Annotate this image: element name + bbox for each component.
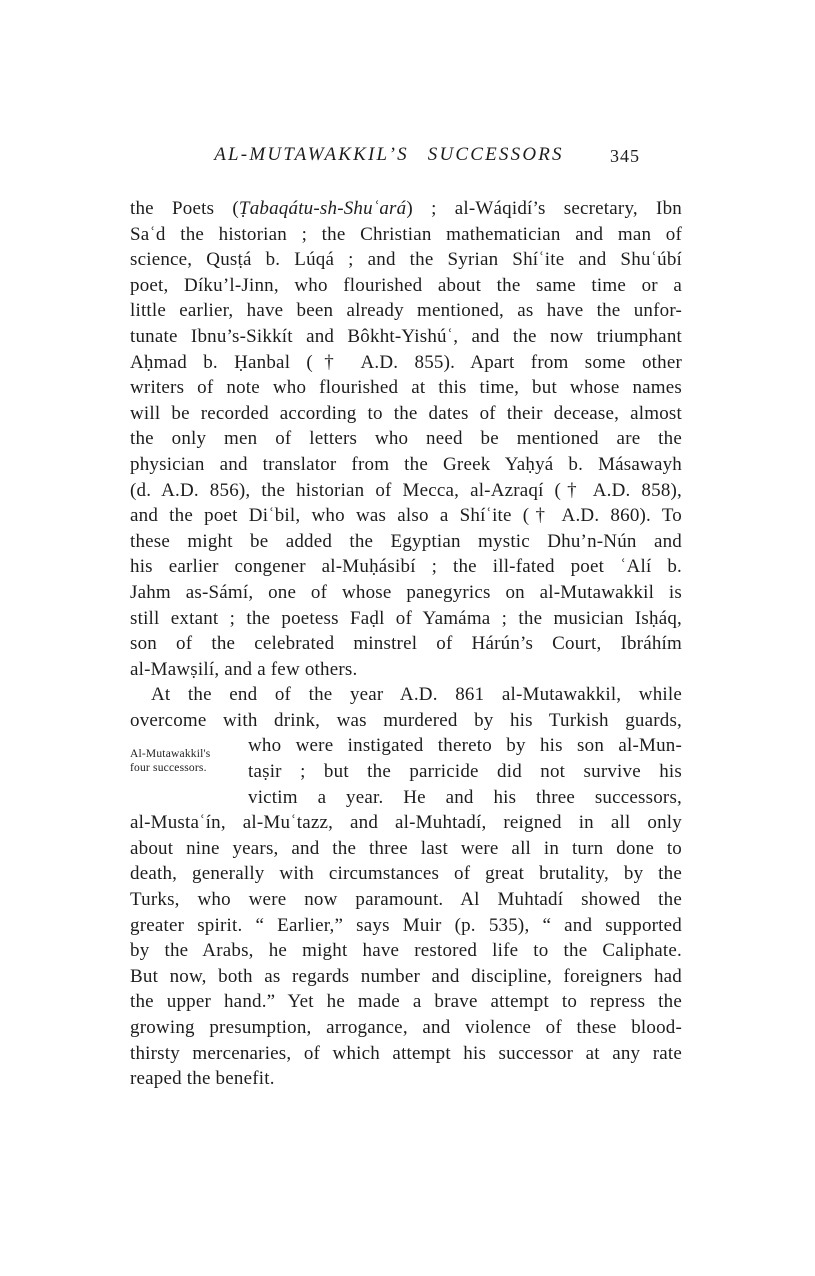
text-line: tunate Ibnu’s-Sikkít and Bôkht-Yishúʿ, a…: [130, 324, 682, 350]
text-line: the only men of letters who need be ment…: [130, 426, 682, 452]
text-line: poet, Díku’l-Jinn, who flourished about …: [130, 273, 682, 299]
text-line: four successors.: [130, 761, 244, 775]
text-line: reaped the benefit.: [130, 1066, 682, 1092]
text-line: But now, both as regards number and disc…: [130, 964, 682, 990]
text-line: his earlier congener al-Muḥásibí ; the i…: [130, 554, 682, 580]
text-line: science, Qusṭá b. Lúqá ; and the Syrian …: [130, 247, 682, 273]
margin-note: Al-Mutawakkil'sfour successors.: [130, 747, 244, 775]
text-run: the Poets (: [130, 198, 239, 219]
paragraph-2-indented: who were instigated thereto by his son a…: [248, 733, 682, 810]
chapter-running-title: AL-MUTAWAKKIL’S SUCCESSORS: [130, 144, 682, 166]
text-line: victim a year. He and his three successo…: [248, 785, 682, 811]
text-line: Al-Mutawakkil's: [130, 747, 244, 761]
paragraph-2-end: al-Mustaʿín, al-Muʿtazz, and al-Muhtadí,…: [130, 810, 682, 1092]
running-head: AL-MUTAWAKKIL’S SUCCESSORS 345: [130, 144, 682, 174]
text-line: the Poets (Ṭabaqátu-sh-Shuʿará) ; al-Wáq…: [130, 196, 682, 222]
text-line: taṣir ; but the parricide did not surviv…: [248, 759, 682, 785]
text-line: al-Mawṣilí, and a few others.: [130, 657, 682, 683]
text-line: who were instigated thereto by his son a…: [248, 733, 682, 759]
italic-run: Ṭabaqátu-sh-Shuʿará: [239, 198, 406, 219]
book-page: AL-MUTAWAKKIL’S SUCCESSORS 345 the Poets…: [0, 0, 815, 1276]
text-line: will be recorded according to the dates …: [130, 401, 682, 427]
text-line: Turks, who were now paramount. Al Muhtad…: [130, 887, 682, 913]
text-line: these might be added the Egyptian mystic…: [130, 529, 682, 555]
text-line: greater spirit. “ Earlier,” says Muir (p…: [130, 913, 682, 939]
text-line: overcome with drink, was murdered by his…: [130, 708, 682, 734]
text-line: (d. A.D. 856), the historian of Mecca, a…: [130, 478, 682, 504]
text-line: by the Arabs, he might have restored lif…: [130, 938, 682, 964]
text-line: al-Mustaʿín, al-Muʿtazz, and al-Muhtadí,…: [130, 810, 682, 836]
paragraph-1: the Poets (Ṭabaqátu-sh-Shuʿará) ; al-Wáq…: [130, 196, 682, 682]
text-line: Saʿd the historian ; the Christian mathe…: [130, 222, 682, 248]
text-line: little earlier, have been already mentio…: [130, 298, 682, 324]
paragraph-2-start: At the end of the year A.D. 861 al-Mutaw…: [130, 682, 682, 733]
page-number: 345: [610, 146, 640, 167]
text-line: about nine years, and the three last wer…: [130, 836, 682, 862]
text-line: the upper hand.” Yet he made a brave att…: [130, 989, 682, 1015]
text-block: the Poets (Ṭabaqátu-sh-Shuʿará) ; al-Wáq…: [130, 196, 682, 1092]
text-line: growing presumption, arrogance, and viol…: [130, 1015, 682, 1041]
margin-note-row: Al-Mutawakkil'sfour successors. who were…: [130, 733, 682, 810]
text-line: and the poet Diʿbil, who was also a Shíʿ…: [130, 503, 682, 529]
text-line: thirsty mercenaries, of which attempt hi…: [130, 1041, 682, 1067]
text-line: son of the celebrated minstrel of Hárún’…: [130, 631, 682, 657]
text-line: physician and translator from the Greek …: [130, 452, 682, 478]
text-line: Aḥmad b. Ḥanbal († A.D. 855). Apart from…: [130, 350, 682, 376]
text-line: At the end of the year A.D. 861 al-Mutaw…: [130, 682, 682, 708]
text-line: death, generally with circumstances of g…: [130, 861, 682, 887]
text-run: ) ; al-Wáqidí’s secretary, Ibn: [406, 198, 682, 219]
text-line: still extant ; the poetess Faḍl of Yamám…: [130, 606, 682, 632]
text-line: writers of note who flourished at this t…: [130, 375, 682, 401]
text-line: Jahm as-Sámí, one of whose panegyrics on…: [130, 580, 682, 606]
